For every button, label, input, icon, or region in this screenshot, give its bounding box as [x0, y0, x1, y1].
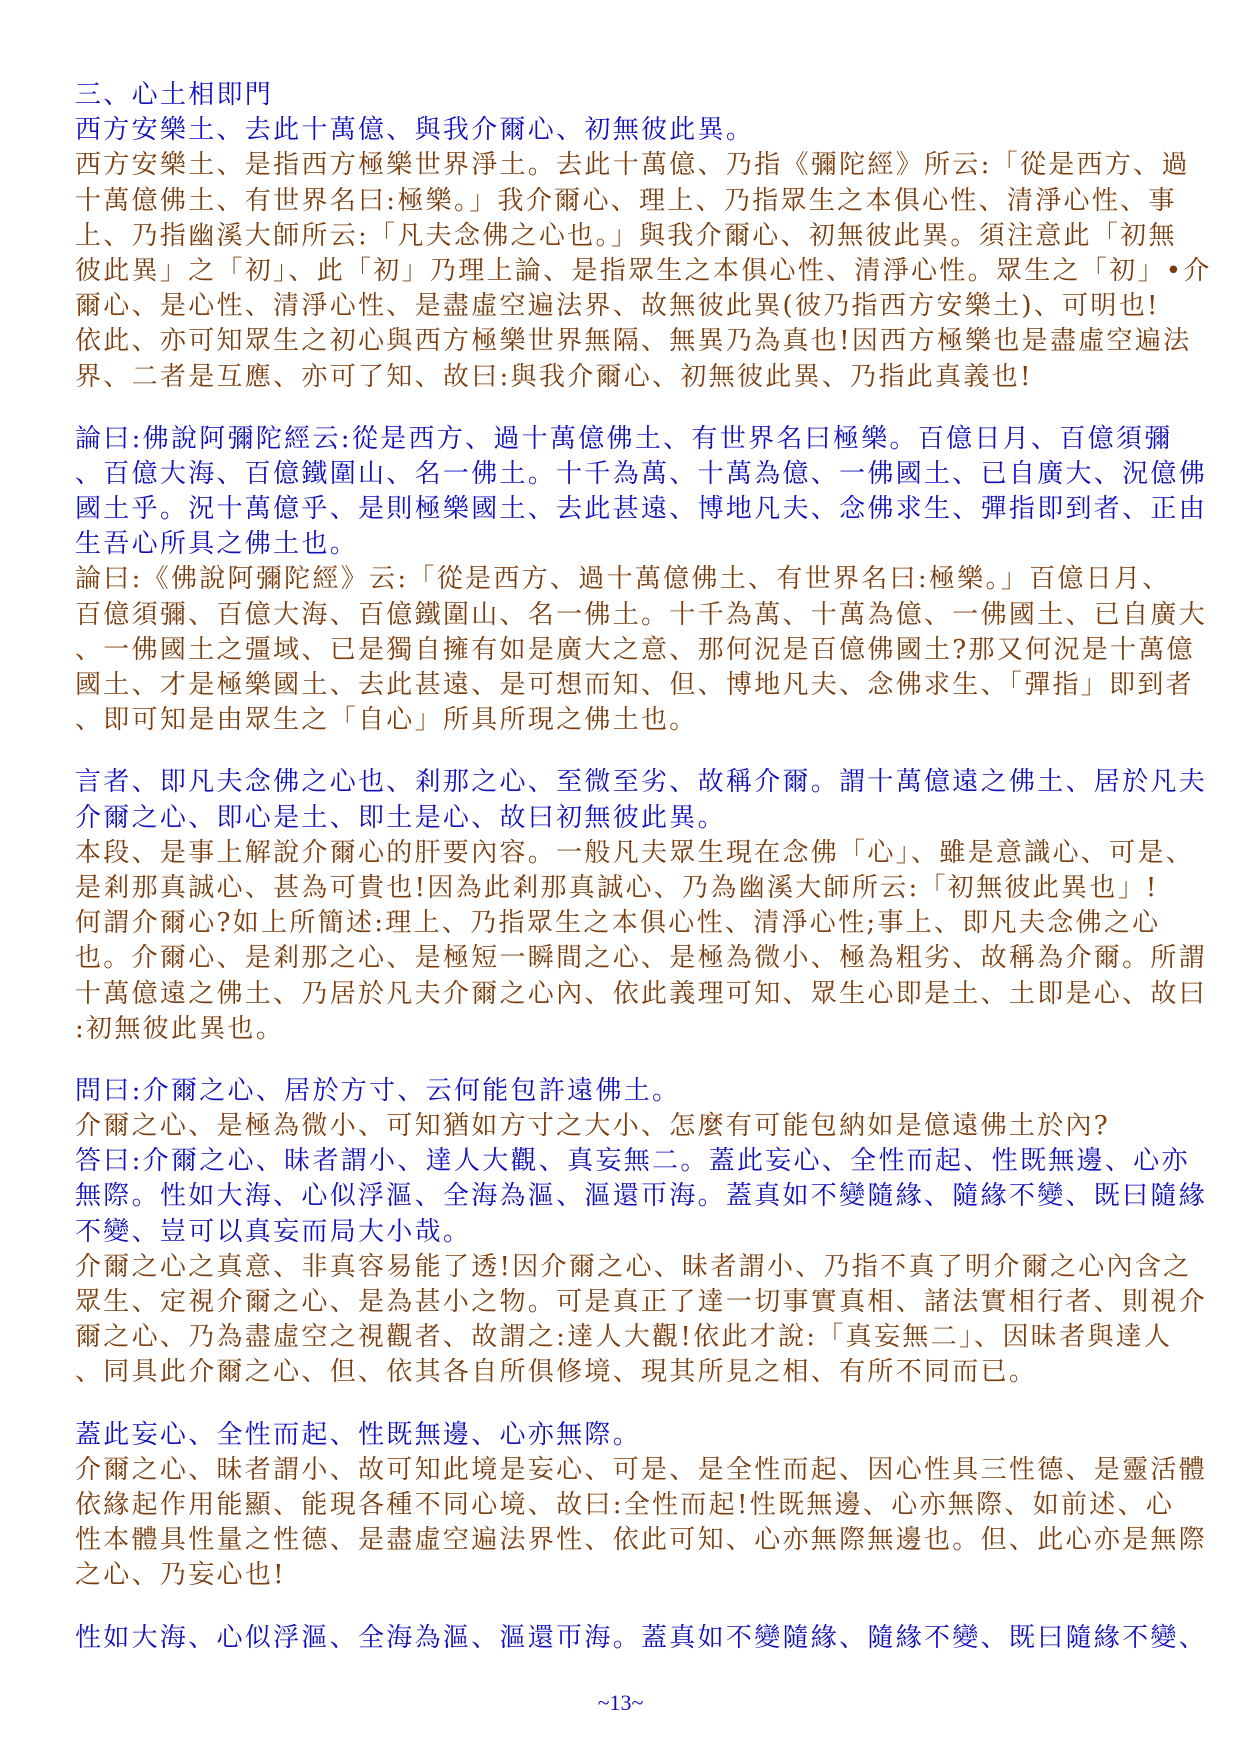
- scripture-quote: 性如大海、心似浮漚、全海為漚、漚還帀海。蓋真如不變隨緣、隨緣不變、既曰隨緣不變、: [75, 1621, 1170, 1656]
- commentary-line: 眾生、定視介爾之心、是為甚小之物。可是真正了達一切事實真相、諸法實相行者、則視介: [75, 1285, 1170, 1320]
- document-page: 三、心土相即門 西方安樂土、去此十萬億、與我介爾心、初無彼此異。 西方安樂土、是…: [75, 78, 1170, 1656]
- paragraph-gap: [75, 1594, 1170, 1621]
- paragraph-gap: [75, 395, 1170, 422]
- quote-line: 不變、豈可以真妄而局大小哉。: [75, 1215, 1170, 1250]
- quote-line: 問曰:介爾之心、居於方寸、云何能包許遠佛土。: [75, 1074, 1170, 1109]
- commentary-paragraph: 介爾之心之真意、非真容易能了透!因介爾之心、昧者謂小、乃指不真了明介爾之心內含之…: [75, 1250, 1170, 1391]
- commentary-line: 是剎那真誠心、甚為可貴也!因為此剎那真誠心、乃為幽溪大師所云:「初無彼此異也」!: [75, 871, 1170, 906]
- quote-line: 西方安樂土、去此十萬億、與我介爾心、初無彼此異。: [75, 113, 1170, 148]
- commentary-paragraph: 介爾之心、昧者謂小、故可知此境是妄心、可是、是全性而起、因心性具三性德、是靈活體…: [75, 1453, 1170, 1594]
- commentary-line: 百億須彌、百億大海、百億鐵圍山、名一佛土。十千為萬、十萬為億、一佛國土、已自廣大: [75, 598, 1170, 633]
- quote-line: 國土乎。況十萬億乎、是則極樂國土、去此甚遠、博地凡夫、念佛求生、彈指即到者、正由: [75, 492, 1170, 527]
- commentary-line: 、一佛國土之彊域、已是獨自擁有如是廣大之意、那何況是百億佛國土?那又何況是十萬億: [75, 633, 1170, 668]
- commentary-line: 本段、是事上解說介爾心的肝要內容。一般凡夫眾生現在念佛「心」、雖是意識心、可是、: [75, 836, 1170, 871]
- commentary-line: 介爾之心、是極為微小、可知猶如方寸之大小、怎麼有可能包納如是億遠佛土於內?: [75, 1109, 1170, 1144]
- quote-line: 言者、即凡夫念佛之心也、剎那之心、至微至劣、故稱介爾。謂十萬億遠之佛土、居於凡夫: [75, 765, 1170, 800]
- scripture-quote: 西方安樂土、去此十萬億、與我介爾心、初無彼此異。: [75, 113, 1170, 148]
- commentary-line: 也。介爾心、是剎那之心、是極短一瞬間之心、是極為微小、極為粗劣、故稱為介爾。所謂: [75, 941, 1170, 976]
- commentary-line: 彼此異」之「初」、此「初」乃理上論、是指眾生之本俱心性、清淨心性。眾生之「初」•…: [75, 254, 1170, 289]
- commentary-line: 介爾之心之真意、非真容易能了透!因介爾之心、昧者謂小、乃指不真了明介爾之心內含之: [75, 1250, 1170, 1285]
- quote-line: 論曰:佛說阿彌陀經云:從是西方、過十萬億佛土、有世界名曰極樂。百億日月、百億須彌: [75, 422, 1170, 457]
- commentary-line: 界、二者是互應、亦可了知、故曰:與我介爾心、初無彼此異、乃指此真義也!: [75, 360, 1170, 395]
- commentary-line: 十萬億遠之佛土、乃居於凡夫介爾之心內、依此義理可知、眾生心即是土、土即是心、故曰: [75, 977, 1170, 1012]
- commentary-line: 西方安樂土、是指西方極樂世界淨土。去此十萬億、乃指《彌陀經》所云:「從是西方、過: [75, 148, 1170, 183]
- scripture-quote: 問曰:介爾之心、居於方寸、云何能包許遠佛土。: [75, 1074, 1170, 1109]
- quote-line: 答曰:介爾之心、昧者謂小、達人大觀、真妄無二。蓋此妄心、全性而起、性既無邊、心亦: [75, 1144, 1170, 1179]
- commentary-paragraph: 西方安樂土、是指西方極樂世界淨土。去此十萬億、乃指《彌陀經》所云:「從是西方、過…: [75, 148, 1170, 394]
- commentary-line: 依緣起作用能顯、能現各種不同心境、故曰:全性而起!性既無邊、心亦無際、如前述、心: [75, 1488, 1170, 1523]
- quote-line: 無際。性如大海、心似浮漚、全海為漚、漚還帀海。蓋真如不變隨緣、隨緣不變、既曰隨緣: [75, 1179, 1170, 1214]
- paragraph-gap: [75, 738, 1170, 765]
- commentary-paragraph: 本段、是事上解說介爾心的肝要內容。一般凡夫眾生現在念佛「心」、雖是意識心、可是、…: [75, 836, 1170, 1047]
- quote-line: 蓋此妄心、全性而起、性既無邊、心亦無際。: [75, 1418, 1170, 1453]
- quote-line: 性如大海、心似浮漚、全海為漚、漚還帀海。蓋真如不變隨緣、隨緣不變、既曰隨緣不變、: [75, 1621, 1170, 1656]
- scripture-quote: 蓋此妄心、全性而起、性既無邊、心亦無際。: [75, 1418, 1170, 1453]
- paragraph-gap: [75, 1047, 1170, 1074]
- commentary-line: 、即可知是由眾生之「自心」所具所現之佛土也。: [75, 703, 1170, 738]
- commentary-line: 爾之心、乃為盡虛空之視觀者、故謂之:達人大觀!依此才說:「真妄無二」、因昧者與達…: [75, 1320, 1170, 1355]
- commentary-line: 何謂介爾心?如上所簡述:理上、乃指眾生之本俱心性、清淨心性;事上、即凡夫念佛之心: [75, 906, 1170, 941]
- commentary-line: :初無彼此異也。: [75, 1012, 1170, 1047]
- section-title: 三、心土相即門: [75, 78, 1170, 113]
- commentary-line: 國土、才是極樂國土、去此甚遠、是可想而知、但、博地凡夫、念佛求生、「彈指」即到者: [75, 668, 1170, 703]
- commentary-line: 、同具此介爾之心、但、依其各自所俱修境、現其所見之相、有所不同而已。: [75, 1355, 1170, 1390]
- commentary-line: 爾心、是心性、清淨心性、是盡虛空遍法界、故無彼此異(彼乃指西方安樂土)、可明也!: [75, 289, 1170, 324]
- page-number: ~13~: [0, 1690, 1241, 1716]
- commentary-line: 性本體具性量之性德、是盡虛空遍法界性、依此可知、心亦無際無邊也。但、此心亦是無際: [75, 1523, 1170, 1558]
- commentary-line: 之心、乃妄心也!: [75, 1558, 1170, 1593]
- scripture-quote: 論曰:佛說阿彌陀經云:從是西方、過十萬億佛土、有世界名曰極樂。百億日月、百億須彌…: [75, 422, 1170, 563]
- commentary-paragraph: 介爾之心、是極為微小、可知猶如方寸之大小、怎麼有可能包納如是億遠佛土於內?: [75, 1109, 1170, 1144]
- quote-line: 介爾之心、即心是土、即土是心、故曰初無彼此異。: [75, 801, 1170, 836]
- commentary-line: 十萬億佛土、有世界名曰:極樂。」我介爾心、理上、乃指眾生之本俱心性、清淨心性、事: [75, 184, 1170, 219]
- commentary-line: 論曰:《佛說阿彌陀經》云:「從是西方、過十萬億佛土、有世界名曰:極樂。」百億日月…: [75, 562, 1170, 597]
- scripture-quote: 答曰:介爾之心、昧者謂小、達人大觀、真妄無二。蓋此妄心、全性而起、性既無邊、心亦…: [75, 1144, 1170, 1250]
- paragraph-gap: [75, 1391, 1170, 1418]
- quote-line: 、百億大海、百億鐵圍山、名一佛土。十千為萬、十萬為億、一佛國土、已自廣大、況億佛: [75, 457, 1170, 492]
- commentary-paragraph: 論曰:《佛說阿彌陀經》云:「從是西方、過十萬億佛土、有世界名曰:極樂。」百億日月…: [75, 562, 1170, 738]
- commentary-line: 依此、亦可知眾生之初心與西方極樂世界無隔、無異乃為真也!因西方極樂也是盡虛空遍法: [75, 324, 1170, 359]
- commentary-line: 上、乃指幽溪大師所云:「凡夫念佛之心也。」與我介爾心、初無彼此異。須注意此「初無: [75, 219, 1170, 254]
- commentary-line: 介爾之心、昧者謂小、故可知此境是妄心、可是、是全性而起、因心性具三性德、是靈活體: [75, 1453, 1170, 1488]
- quote-line: 生吾心所具之佛土也。: [75, 527, 1170, 562]
- scripture-quote: 言者、即凡夫念佛之心也、剎那之心、至微至劣、故稱介爾。謂十萬億遠之佛土、居於凡夫…: [75, 765, 1170, 835]
